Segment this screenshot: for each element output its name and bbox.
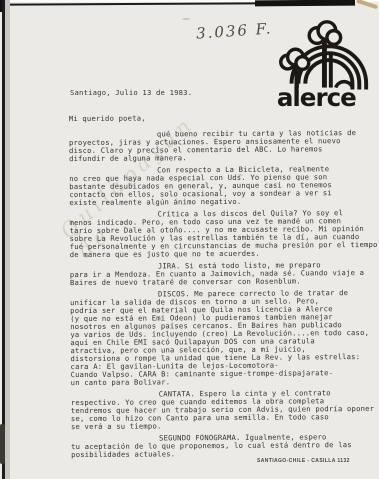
letter-greeting: Mi querido poeta, xyxy=(69,113,378,123)
letter-paragraph: Crítica a los discos del Quila? Yo soy e… xyxy=(69,209,378,259)
letter-paragraph: DISCOS. Me parece correcto lo de tratar … xyxy=(70,289,379,387)
scan-left-smudge xyxy=(0,424,5,464)
letter-line: de manera que es justo que no te acuerde… xyxy=(70,249,379,259)
letter-paragraph: JIRA. Si está todo listo, me preparopara… xyxy=(70,261,379,287)
letter-date: Santiago, Julio 13 de 1983. xyxy=(70,88,192,97)
letter-paragraph: CANTATA. Espero la cinta y el contratore… xyxy=(71,389,379,431)
logo-wordmark: alerce xyxy=(277,83,356,110)
scan-left-shade xyxy=(5,0,10,479)
scan-top-edge-line xyxy=(10,2,255,5)
letter-paragraph: qué bueno recibir tu carta y las noticia… xyxy=(69,129,378,163)
letter-line: se verá a su tiempo. xyxy=(71,421,379,431)
paper-speck xyxy=(182,18,190,20)
letter-line: un canto para Bolivar. xyxy=(71,377,379,387)
letter-paragraph: SEGUNDO FONOGRAMA. Igualmente, esperotu … xyxy=(71,433,379,459)
letter-line: Baires de nuevo trataré de conversar con… xyxy=(70,277,379,287)
letterhead-footer: SANTIAGO-CHILE - CASILLA 1132 xyxy=(257,458,350,464)
handwritten-archive-number: 3.036 F. xyxy=(195,19,273,42)
scan-top-edge-bar xyxy=(255,0,355,6)
letter-body: Mi querido poeta, qué bueno recibir tu c… xyxy=(69,113,379,465)
scanned-letter-page: 3.036 F. alerce Quilapay xyxy=(0,0,379,479)
letter-paragraph: Con respecto a La Bicicleta, realmenteno… xyxy=(69,165,378,207)
alerce-logo: alerce xyxy=(267,18,375,110)
letter-line: existe realmente algún ánimo negativo. xyxy=(69,197,378,207)
scan-left-edge-line xyxy=(2,0,5,479)
letter-line: difundir de alguna manera. xyxy=(69,153,378,163)
